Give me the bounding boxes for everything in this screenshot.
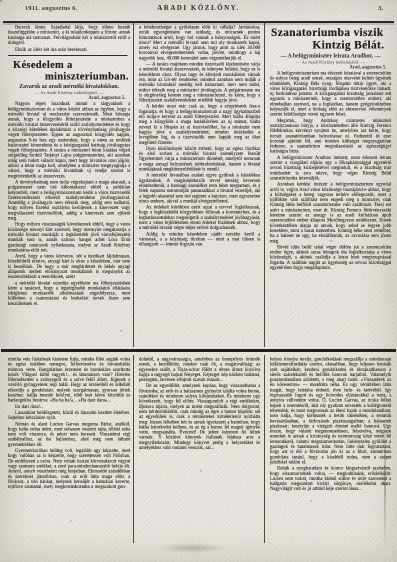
article1-dateline: Arad, augusztus 5. [8,96,130,101]
feuilleton-column-1-content: mintha vele fájdalmak kisértete fujta, m… [8,357,130,490]
article2-dateline: Arad, augusztus 5. [270,65,391,70]
main-section: Bereczk János: Sajnálattal látja, hogy e… [3,23,394,347]
article-paragraph: A belügyminiszterium ma érkezett leiratá… [270,71,391,117]
article-separator-rule [8,55,127,56]
feuilleton-column-2: dolattól, a nagyvárosságra, amelyben az … [133,355,263,543]
article-paragraph: — A tanács majdnem minden tisztviselő ki… [139,62,260,103]
article2-byline: — Az Aradi Közlöny tudósítójától. — [270,60,391,65]
article-paragraph: Az érdekelt körökben ezért azzal a tervv… [139,205,260,231]
feuilleton-column-2-content: dolattól, a nagyvárosságra, amelyben az … [139,357,260,451]
article1-headline: Késedelem a miniszteriumban. [8,59,130,82]
article-paragraph: Ilyen körülmények között érthető, hogy a… [139,146,260,172]
scan-fold-mark [384,415,386,550]
page-header: 1911. augusztus 6. ARADI KÖZLÖNY. 3. [0,0,397,20]
session-closing-line: Elnök az ülést két óra után berekeszti. [8,48,130,53]
newspaper-page: 1911. augusztus 6. ARADI KÖZLÖNY. 3. Ber… [0,0,397,562]
article-paragraph: Megirtuk, hogy Andrássy czimzetes minisz… [270,118,391,154]
scan-smudge [158,543,228,553]
scan-speckle-noise [0,0,2,2]
article-paragraph: Hogy milyen visszásságok következnek ebb… [8,222,130,253]
article-paragraph: Azonban kérdést intézett a belügyminiszt… [270,182,391,244]
feuilleton-paragraph: Gyermekkorában boldog volt, legalább ugy… [8,449,130,490]
article-paragraph: A belügyminiszter Aradhoz intézett, most… [270,155,391,181]
main-column-1-content: Bereczk János: Sajnálattal látja, hogy e… [8,25,130,307]
article-paragraph: a mérnöki hivatal vezetője egyébként ma … [8,281,130,307]
article2-headline: Szanatoriumba viszik Kintzig Bélát. [270,26,391,51]
main-column-2-content: a kötelezettséget a gyülekezet előtt ki … [139,25,260,247]
feuilleton-paragraph: dolattól, a nagyvárosságra, amelyben az … [139,357,260,383]
page-header-row: 1911. augusztus 6. ARADI KÖZLÖNY. 3. [5,4,392,13]
article2-headline-line1: Szanatoriumba viszik [270,26,391,39]
article-paragraph: A törvényhatóság nem tudja végrehajtani … [8,180,130,221]
feuilleton-column-1: mintha vele fájdalmak kisértete fujta, m… [3,355,133,543]
feuilleton-section: mintha vele fájdalmak kisértete fujta, m… [3,355,394,543]
feuilleton-paragraph: Lassankint beidőzgetett, közül és átusod… [8,410,130,420]
article1-subtitle: Zavarok az aradi mérnöki hivatalokban. [8,84,130,90]
main-column-1: Bereczk János: Sajnálattal látja, hogy e… [3,23,133,347]
feuilleton-column-3: helyes irányba terelje, gondolkodását me… [264,355,394,543]
article1-headline-line1: Késedelem a [8,59,130,71]
main-column-3: Szanatoriumba viszik Kintzig Bélát. — A … [264,23,394,347]
masthead-title: ARADI KÖZLÖNY. [157,5,240,13]
feuilleton-paragraph: helyes irányba terelje, gondolkodását me… [270,357,391,465]
feuilleton-paragraph: Némán és alant Lucien Garvas megunta Pár… [8,422,130,448]
article-paragraph: Addig is minden késedelem ujabb ezrekbe … [139,232,260,247]
article-paragraph: A mérnöki hivatalban ezalatt egyre gyüln… [139,173,260,204]
prev-article-ending: Bereczk János: Sajnálattal látja, hogy e… [8,25,130,46]
article-paragraph: a kötelezettséget a gyülekezet előtt ki … [139,25,260,61]
article-paragraph: A kérdés most már csak az, hogy a sürget… [139,104,260,145]
main-column-2: a kötelezettséget a gyülekezet előtt ki … [133,23,263,347]
feuilleton-paragraph: De az egyedüllét, amelynek kopása, hogy … [139,384,260,451]
article1-headline-line2: miniszteriumban. [8,71,130,83]
article2-headline-line2: Kintzig Bélát. [270,39,391,52]
article-paragraph: Rövid időn belül tehát végre dülőre jut … [270,245,391,271]
article2-subtitle: — A belügyminiszter leirata Aradhoz. — [270,53,391,59]
feuilleton-paragraph: mintha vele fájdalmak kisértete fujta, m… [8,357,130,403]
main-column-3-content: Szanatoriumba viszik Kintzig Bélát. — A … [270,26,391,271]
feuilleton-column-3-content: helyes irányba terelje, gondolkodását me… [270,357,391,492]
page-number: 3. [240,4,392,12]
article-paragraph: Nagyon régen huzódnak immár a tárgyaláso… [8,102,130,179]
issue-date: 1911. augusztus 6. [5,5,157,13]
feuilleton-paragraph: Ruhák a nyughatatlant és komor lángszivá… [270,466,391,492]
section-divider-rule [1,349,396,352]
article1-byline: — Az Aradi Közlöny tudósítójától. — [8,90,130,95]
article-paragraph: Arról, hogy a város közvetve, sőt a tisz… [8,254,130,280]
feuilleton-paragraph: Ira dari dara!... [8,404,130,409]
